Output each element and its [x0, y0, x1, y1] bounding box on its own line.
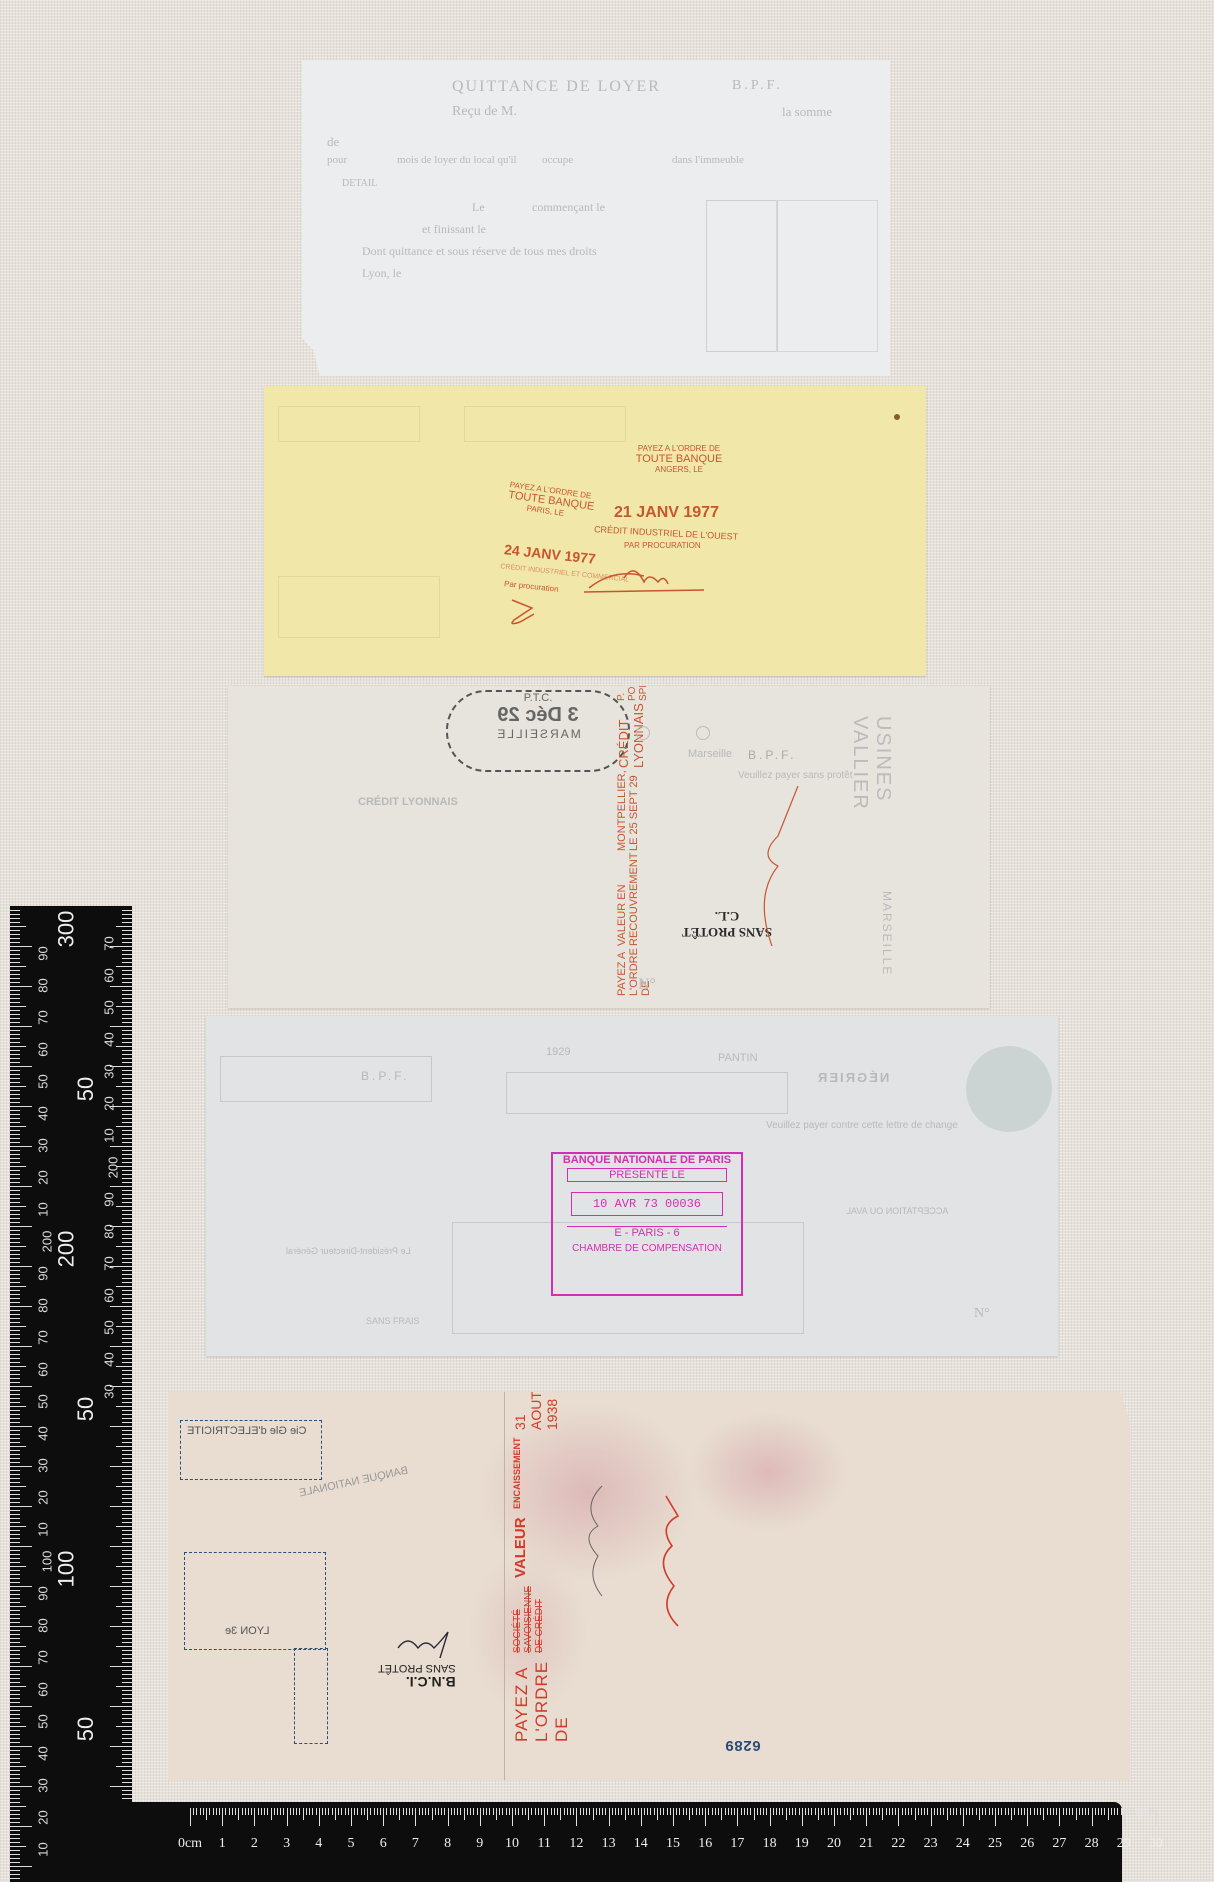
ruler-tick	[122, 1290, 132, 1291]
stamp-line: PAYEZ A L'ORDRE DE	[624, 444, 734, 453]
ruler-tick	[10, 1190, 20, 1191]
ruler-tick	[122, 922, 132, 923]
ruler-tick	[222, 1808, 223, 1826]
ruler-tick	[122, 1010, 132, 1011]
ruler-tick	[122, 1298, 132, 1299]
ruler-label: 2	[251, 1836, 258, 1852]
ruler-label: 90	[102, 1192, 117, 1206]
ruler-tick	[10, 990, 20, 991]
ruler-label: 100	[53, 1551, 79, 1588]
ruler-tick	[754, 1808, 755, 1820]
ruler-tick	[122, 1178, 132, 1179]
stamp-line: P. POUVOIR SPÉCIAL	[616, 686, 652, 701]
ruler-tick	[1066, 1808, 1067, 1815]
ruler-tick	[985, 1808, 986, 1815]
ruler-tick	[483, 1808, 484, 1815]
ruler-tick	[621, 1808, 622, 1815]
ruler-tick	[10, 1690, 20, 1691]
ruler-tick	[1156, 1808, 1157, 1826]
ruler-tick	[834, 1808, 835, 1826]
ruler-tick	[776, 1808, 777, 1815]
ruler-tick	[969, 1808, 970, 1815]
ruler-tick	[10, 1370, 20, 1371]
lyon-stamp: LYON 3e	[184, 1552, 326, 1650]
initials-icon	[504, 590, 544, 630]
ruler-tick	[10, 1850, 20, 1851]
ruler-label: 60	[36, 1682, 51, 1696]
ruler-tick	[116, 1046, 132, 1047]
ruler-tick	[10, 1774, 20, 1775]
ruler-tick	[10, 1338, 20, 1339]
ruler-tick	[596, 1808, 597, 1815]
ruler-tick	[972, 1808, 973, 1815]
ruler-tick	[110, 1706, 132, 1707]
ruler-tick	[10, 1102, 20, 1103]
ruler-tick	[122, 998, 132, 999]
ruler-tick	[10, 966, 26, 967]
ruler-tick	[10, 1022, 20, 1023]
ruler-tick	[122, 1350, 132, 1351]
ruler-tick	[992, 1808, 993, 1815]
ruler-tick	[122, 1474, 132, 1475]
ruler-tick	[122, 1090, 132, 1091]
ruler-tick	[403, 1808, 404, 1815]
ruler-tick	[122, 1018, 132, 1019]
ruler-tick	[628, 1808, 629, 1815]
ruler-tick	[10, 1162, 20, 1163]
stamp-bank-cio: CRÉDIT INDUSTRIEL DE L'OUEST	[594, 524, 739, 542]
stamp-line: ANGERS, LE	[624, 465, 734, 474]
ruler-tick	[10, 1686, 26, 1687]
ruler-tick	[10, 1562, 20, 1563]
ruler-tick	[361, 1808, 362, 1815]
ruler-tick	[886, 1808, 887, 1815]
ruler-tick	[950, 1808, 951, 1815]
ruler-tick	[460, 1808, 461, 1815]
ruler-tick	[122, 1798, 132, 1799]
ruler-tick	[1076, 1808, 1077, 1820]
ruler-tick	[10, 998, 20, 999]
ruler-tick	[122, 1538, 132, 1539]
ruler-tick	[110, 1026, 132, 1027]
printed-sans-frais: SANS FRAIS	[366, 1316, 420, 1326]
ruler-tick	[1063, 1808, 1064, 1815]
ruler-tick	[122, 1210, 132, 1211]
ruler-tick	[10, 1786, 32, 1787]
ruler-tick	[122, 1694, 132, 1695]
ruler-tick	[10, 1546, 32, 1547]
ruler-tick	[737, 1808, 738, 1826]
ruler-tick	[122, 1434, 132, 1435]
ruler-tick	[245, 1808, 246, 1815]
ruler-tick	[734, 1808, 735, 1815]
ruler-tick	[332, 1808, 333, 1815]
ruler-label: 30	[1149, 1836, 1163, 1852]
ruler-tick	[1040, 1808, 1041, 1815]
ruler-tick	[995, 1808, 996, 1826]
ruler-tick	[10, 1150, 20, 1151]
ruler-label: 70	[102, 1256, 117, 1270]
ruler-tick	[122, 1282, 132, 1283]
ruler-tick	[122, 1630, 132, 1631]
ruler-tick	[10, 1862, 20, 1863]
ruler-tick	[721, 1808, 722, 1820]
ruler-tick	[122, 982, 132, 983]
ruler-tick	[122, 1142, 132, 1143]
ruler-tick	[122, 1074, 132, 1075]
ruler-tick	[10, 1382, 20, 1383]
clearing-house-stamp: BANQUE NATIONALE DE PARIS PRÉSENTÉ LE 10…	[551, 1152, 743, 1296]
ruler-tick	[10, 1778, 20, 1779]
ruler-tick	[122, 1134, 132, 1135]
receipt-line: commençant le	[532, 200, 605, 215]
ruler-label: 23	[924, 1836, 938, 1852]
ruler-tick	[657, 1808, 658, 1820]
ruler-tick	[10, 1014, 20, 1015]
ruler-tick	[10, 1802, 20, 1803]
ruler-tick	[335, 1808, 336, 1820]
ruler-tick	[10, 1874, 20, 1875]
ruler-tick	[122, 1594, 132, 1595]
ruler-tick	[824, 1808, 825, 1815]
receipt-line: Dont quittance et sous réserve de tous m…	[362, 244, 597, 259]
ruler-tick	[122, 918, 132, 919]
ruler-tick	[10, 1714, 20, 1715]
ruler-tick	[219, 1808, 220, 1815]
ruler-tick	[1043, 1808, 1044, 1820]
ruler-tick	[122, 1554, 132, 1555]
ruler-tick	[10, 1822, 20, 1823]
ruler-tick	[876, 1808, 877, 1815]
ruler-tick	[10, 1638, 20, 1639]
ruler-tick	[296, 1808, 297, 1815]
printed-signatory: Le Président-Directeur Général	[286, 1246, 411, 1256]
ruler-tick	[989, 1808, 990, 1815]
ruler-tick	[122, 1490, 132, 1491]
ruler-tick	[122, 954, 132, 955]
ruler-tick	[122, 1038, 132, 1039]
ruler-tick	[10, 1030, 20, 1031]
stamp-line: ENCAISSEMENT	[512, 1438, 572, 1510]
ruler-tick	[122, 1498, 132, 1499]
ruler-tick	[10, 1310, 20, 1311]
ruler-tick	[1030, 1808, 1031, 1815]
ruler-tick	[122, 1778, 132, 1779]
ruler-label: 8	[444, 1836, 451, 1852]
ruler-tick	[979, 1808, 980, 1820]
ruler-tick	[544, 1808, 545, 1826]
ruler-tick	[1082, 1808, 1083, 1815]
punch-hole	[636, 726, 650, 740]
ruler-tick	[889, 1808, 890, 1815]
ruler-tick	[328, 1808, 329, 1815]
ruler-tick	[283, 1808, 284, 1815]
ruler-tick	[203, 1808, 204, 1815]
ruler-tick	[10, 1018, 20, 1019]
ruler-tick	[116, 1366, 132, 1367]
ruler-tick	[605, 1808, 606, 1815]
ruler-tick	[216, 1808, 217, 1815]
ruler-tick	[10, 1414, 20, 1415]
ruler-label: 30	[102, 1384, 117, 1398]
ruler-tick	[299, 1808, 300, 1815]
signature-icon	[394, 1628, 464, 1668]
postmark-stamp: P.T.C. 3 Déc 29 MARSEILLE	[446, 690, 630, 772]
ruler-tick	[122, 1438, 132, 1439]
ruler-tick	[110, 1426, 132, 1427]
printed-instruction: Veuillez payer contre cette lettre de ch…	[766, 1120, 958, 1131]
ruler-label: 16	[698, 1836, 712, 1852]
ruler-tick	[122, 1194, 132, 1195]
ruler-tick	[122, 1058, 132, 1059]
ruler-tick	[1053, 1808, 1054, 1815]
ruler-tick	[10, 1754, 20, 1755]
ruler-tick	[122, 1402, 132, 1403]
ruler-tick	[10, 1270, 20, 1271]
ruler-tick	[116, 1526, 132, 1527]
ruler-tick	[116, 1246, 132, 1247]
ruler-tick	[116, 1766, 132, 1767]
ruler-tick	[10, 926, 26, 927]
stamp-line: TOUTE BANQUE	[624, 453, 734, 465]
ruler-tick	[731, 1808, 732, 1815]
stained-cheque-document: Cie Gle d'ELECTRICITE BANQUE NATIONALE L…	[168, 1392, 1130, 1780]
ruler-tick	[10, 1290, 20, 1291]
ruler-tick	[122, 1050, 132, 1051]
ruler-label: 28	[1085, 1836, 1099, 1852]
ruler-tick	[10, 1470, 20, 1471]
ruler-label: 50	[73, 1077, 99, 1101]
ruler-tick	[741, 1808, 742, 1815]
ruler-tick	[10, 1218, 20, 1219]
ruler-tick	[489, 1808, 490, 1815]
ruler-tick	[10, 1170, 20, 1171]
ruler-tick	[412, 1808, 413, 1815]
ruler-tick	[10, 938, 20, 939]
ruler-tick	[850, 1808, 851, 1820]
ruler-tick	[122, 1310, 132, 1311]
ruler-label: 1	[219, 1836, 226, 1852]
stamp-line: MONTPELLIER, LE 25 SEPT 29	[616, 770, 652, 851]
rust-spot	[894, 414, 900, 420]
ruler-label: 90	[36, 1266, 51, 1280]
ruler-tick	[10, 1002, 20, 1003]
ruler-tick	[1088, 1808, 1089, 1815]
ruler-tick	[1104, 1808, 1105, 1815]
ruler-tick	[10, 1282, 20, 1283]
ruler-tick	[122, 1034, 132, 1035]
ruler-tick	[1034, 1808, 1035, 1815]
ruler-label: 21	[859, 1836, 873, 1852]
ruler-tick	[122, 958, 132, 959]
ruler-tick	[10, 1806, 26, 1807]
ruler-tick	[837, 1808, 838, 1815]
ruler-tick	[122, 1478, 132, 1479]
ruler-tick	[122, 1590, 132, 1591]
ruler-tick	[116, 966, 132, 967]
ruler-tick	[10, 922, 20, 923]
ruler-tick	[122, 1430, 132, 1431]
receipt-line: la somme	[782, 104, 832, 120]
ruler-tick	[1146, 1808, 1147, 1815]
ruler-tick	[122, 1450, 132, 1451]
ruler-label: 13	[602, 1836, 616, 1852]
ruler-label: 40	[36, 1426, 51, 1440]
ruler-tick	[464, 1808, 465, 1820]
ruler-tick	[509, 1808, 510, 1815]
ruler-tick	[122, 1530, 132, 1531]
ruler-tick	[1079, 1808, 1080, 1815]
ruler-tick	[10, 1702, 20, 1703]
ruler-tick	[122, 1738, 132, 1739]
ruler-label: 40	[102, 1032, 117, 1046]
ruler-tick	[10, 1314, 20, 1315]
ruler-tick	[122, 1690, 132, 1691]
punch-hole	[696, 726, 710, 740]
ruler-tick	[10, 1350, 20, 1351]
ruler-tick	[122, 1042, 132, 1043]
ruler-label: 90	[36, 946, 51, 960]
ruler-tick	[10, 1670, 20, 1671]
ruler-tick	[10, 1418, 20, 1419]
ruler-tick	[10, 1378, 20, 1379]
ruler-tick	[454, 1808, 455, 1815]
ruler-tick	[895, 1808, 896, 1815]
yellow-cheque-document: PAYEZ A L'ORDRE DE TOUTE BANQUE ANGERS, …	[264, 386, 926, 676]
printed-city: PANTIN	[718, 1052, 758, 1064]
ruler-tick	[586, 1808, 587, 1815]
ruler-tick	[110, 1586, 132, 1587]
ruler-tick	[10, 1318, 20, 1319]
ruler-tick	[122, 1462, 132, 1463]
ruler-tick	[122, 1794, 132, 1795]
postmark-top: P.T.C.	[448, 692, 628, 704]
ruler-tick	[10, 1326, 26, 1327]
ruler-tick	[10, 1158, 20, 1159]
ruler-tick	[280, 1808, 281, 1815]
ruler-label: 40	[36, 1106, 51, 1120]
ruler-tick	[122, 970, 132, 971]
ruler-tick	[10, 1390, 20, 1391]
ruler-tick	[625, 1808, 626, 1820]
ruler-tick	[670, 1808, 671, 1815]
ruler-label: 30	[36, 1458, 51, 1472]
ruler-tick	[10, 1214, 20, 1215]
ruler-label: 50	[102, 1320, 117, 1334]
ruler-tick	[699, 1808, 700, 1815]
ruler-tick	[122, 1714, 132, 1715]
ruler-tick	[322, 1808, 323, 1815]
ruler-tick	[547, 1808, 548, 1815]
ruler-tick	[122, 1574, 132, 1575]
ruler-tick	[380, 1808, 381, 1815]
ruler-tick	[10, 1446, 26, 1447]
ruler-tick	[10, 1182, 20, 1183]
ruler-tick	[122, 1610, 132, 1611]
ruler-tick	[122, 1742, 132, 1743]
ruler-tick	[940, 1808, 941, 1815]
ruler-tick	[122, 1558, 132, 1559]
ruler-tick	[309, 1808, 310, 1815]
horizontal-ruler: 0cm1234567891011121314151617181920212223…	[92, 1802, 1122, 1882]
stamp-line: CHAMBRE DE COMPENSATION	[553, 1243, 741, 1254]
ruler-tick	[10, 978, 20, 979]
ruler-tick	[306, 1808, 307, 1815]
ruler-tick	[10, 1710, 20, 1711]
ruler-tick	[1005, 1808, 1006, 1815]
ruler-tick	[1056, 1808, 1057, 1815]
ruler-tick	[10, 1066, 32, 1067]
vertical-ruler: 3005020050100509080706050403020102009080…	[10, 906, 132, 1882]
ruler-tick	[531, 1808, 532, 1815]
ruler-tick	[122, 1154, 132, 1155]
ruler-tick	[393, 1808, 394, 1815]
ruler-tick	[122, 1270, 132, 1271]
ruler-label: 25	[988, 1836, 1002, 1852]
ruler-tick	[10, 1118, 20, 1119]
ruler-tick	[354, 1808, 355, 1815]
ruler-tick	[10, 1654, 20, 1655]
ruler-tick	[432, 1808, 433, 1820]
receipt-line: de	[327, 134, 339, 150]
ruler-tick	[110, 1546, 132, 1547]
ruler-tick	[122, 1382, 132, 1383]
ruler-tick	[937, 1808, 938, 1815]
ruler-tick	[10, 1078, 20, 1079]
ruler-tick	[1047, 1808, 1048, 1815]
ruler-label: 20	[827, 1836, 841, 1852]
ruler-tick	[10, 1538, 20, 1539]
ruler-tick	[10, 1502, 20, 1503]
ruler-tick	[712, 1808, 713, 1815]
ruler-tick	[122, 1314, 132, 1315]
ruler-tick	[818, 1808, 819, 1820]
ruler-tick	[122, 1334, 132, 1335]
amount-box: B.P.F.	[220, 1056, 432, 1102]
ruler-tick	[799, 1808, 800, 1815]
ruler-label: 14	[634, 1836, 648, 1852]
ruler-tick	[345, 1808, 346, 1815]
ruler-tick	[10, 1698, 20, 1699]
ruler-tick	[10, 1518, 20, 1519]
stamp-line: PRÉSENTÉ LE	[567, 1168, 727, 1182]
ruler-tick	[10, 1294, 20, 1295]
ruler-tick	[122, 914, 132, 915]
ruler-tick	[10, 1770, 20, 1771]
ruler-tick	[10, 1590, 20, 1591]
ruler-tick	[650, 1808, 651, 1815]
ruler-label: 50	[73, 1717, 99, 1741]
stamp-line: PAYEZ A L'ORDRE DE	[512, 1661, 572, 1742]
ruler-tick	[122, 1294, 132, 1295]
ruler-tick	[122, 1398, 132, 1399]
ruler-tick	[728, 1808, 729, 1815]
ruler-tick	[122, 1162, 132, 1163]
ruler-tick	[122, 1138, 132, 1139]
ruler-tick	[122, 1502, 132, 1503]
ruler-tick	[10, 1482, 20, 1483]
ruler-tick	[122, 1094, 132, 1095]
ruler-tick	[122, 1570, 132, 1571]
ruler-tick	[10, 1550, 20, 1551]
ruler-tick	[757, 1808, 758, 1815]
ruler-tick	[116, 1406, 132, 1407]
ruler-tick	[10, 1166, 26, 1167]
ruler-tick	[10, 1522, 20, 1523]
ruler-tick	[10, 1490, 20, 1491]
receipt-line: Reçu de M.	[452, 104, 517, 120]
ruler-tick	[522, 1808, 523, 1815]
